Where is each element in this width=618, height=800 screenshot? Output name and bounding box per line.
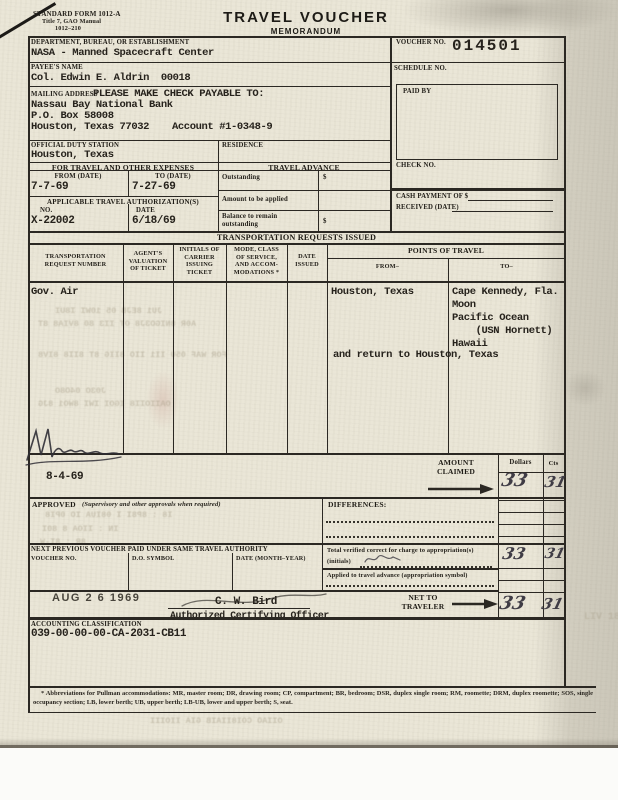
authorization-title: APPLICABLE TRAVEL AUTHORIZATION(S) bbox=[28, 198, 218, 206]
advance-applied-label: Amount to be applied bbox=[222, 196, 288, 204]
certification-date-stamp: AUG 2 6 1969 bbox=[52, 592, 140, 604]
paper-bottom-edge bbox=[0, 745, 618, 748]
payee-name-label: PAYEE'S NAME bbox=[31, 64, 83, 72]
rule bbox=[390, 36, 392, 231]
amount-claimed-label: AMOUNT CLAIMED bbox=[418, 458, 494, 476]
mailing-address-label: MAILING ADDRESS bbox=[31, 91, 98, 99]
pullman-abbreviations-footnote: * Abbreviations for Pullman accommodatio… bbox=[33, 690, 593, 708]
dotted-fill-line bbox=[326, 521, 494, 523]
col-mode-class-header: MODE, CLASS OF SERVICE, AND ACCOM- MODAT… bbox=[226, 246, 287, 276]
verifier-initials-signature bbox=[363, 552, 403, 566]
department-value: NASA - Manned Spacecraft Center bbox=[31, 47, 214, 60]
rule bbox=[390, 188, 565, 191]
net-to-traveler-arrow-icon bbox=[452, 598, 498, 610]
paid-by-label: PAID BY bbox=[403, 88, 431, 96]
to-date-label: TO (DATE) bbox=[128, 173, 218, 181]
col-agent-valuation-header: AGENT'S VALUATION OF TICKET bbox=[123, 250, 173, 273]
net-to-traveler-label: NET TO TRAVELER bbox=[390, 593, 456, 611]
payee-name-value: Col. Edwin E. Aldrin 00018 bbox=[31, 72, 190, 85]
rule bbox=[390, 62, 565, 63]
next-date-label: DATE (MONTH–YEAR) bbox=[236, 555, 306, 562]
rule bbox=[28, 243, 565, 245]
fill-in-line bbox=[468, 200, 553, 201]
schedule-number-label: SCHEDULE NO. bbox=[394, 65, 447, 73]
rule bbox=[28, 543, 565, 545]
differences-label: DIFFERENCES: bbox=[328, 500, 387, 509]
residence-label: RESIDENCE bbox=[222, 142, 263, 150]
points-to-header: TO– bbox=[448, 263, 565, 271]
bleedthrough-text: FOR WAF 05U II1 IIO 8IIG 8T 8II8 8IV8 bbox=[38, 350, 227, 360]
rule bbox=[28, 617, 565, 620]
advance-outstanding-label: Outstanding bbox=[222, 174, 260, 182]
mailing-address-line3: Houston, Texas 77032 bbox=[31, 121, 149, 134]
from-date-label: FROM (DATE) bbox=[28, 173, 128, 181]
edge-stamp-mark: LIV 18 bbox=[584, 612, 618, 623]
page-title: TRAVEL VOUCHER bbox=[200, 9, 412, 26]
voucher-number-value: 014501 bbox=[452, 37, 522, 56]
rule bbox=[128, 204, 129, 231]
dollars-column-header: Dollars bbox=[498, 459, 543, 467]
rule bbox=[218, 210, 390, 211]
payee-signature bbox=[24, 424, 126, 470]
scanned-travel-voucher: JU1 8EJB 05 10WI I8UI A0R 8NIGO3J8 OT II… bbox=[0, 0, 618, 800]
rule bbox=[28, 140, 390, 141]
next-do-symbol-label: D.O. SYMBOL bbox=[132, 555, 174, 562]
initials-label: (initials) bbox=[327, 558, 351, 566]
travel-advance-title: TRAVEL ADVANCE bbox=[218, 163, 390, 172]
rule bbox=[28, 686, 596, 688]
rule bbox=[128, 553, 129, 590]
rule bbox=[28, 712, 596, 713]
rule bbox=[218, 190, 390, 191]
rule bbox=[318, 170, 319, 231]
form-reference-2: 1012–210 bbox=[55, 25, 81, 32]
authorization-no-label: NO. bbox=[40, 207, 52, 215]
rule bbox=[498, 568, 565, 569]
points-of-travel-header: POINTS OF TRAVEL bbox=[327, 246, 565, 255]
applied-advance-text: Applied to travel advance (appropriation… bbox=[327, 572, 468, 580]
rule bbox=[218, 140, 219, 231]
from-date-value: 7-7-69 bbox=[31, 181, 68, 194]
rule bbox=[28, 62, 390, 63]
points-from-header: FROM– bbox=[327, 263, 448, 271]
authorization-date-value: 6/18/69 bbox=[132, 215, 175, 228]
dotted-fill-line bbox=[326, 585, 494, 587]
expenses-section-title: FOR TRAVEL AND OTHER EXPENSES bbox=[28, 163, 218, 172]
check-number-label: CHECK NO. bbox=[396, 162, 436, 170]
rule bbox=[287, 243, 288, 453]
authorization-no-value: X-22002 bbox=[31, 215, 74, 228]
rule bbox=[564, 36, 566, 686]
paper-bottom-shadow bbox=[0, 738, 618, 745]
duty-station-value: Houston, Texas bbox=[31, 149, 114, 162]
rule bbox=[322, 568, 499, 570]
rule bbox=[498, 500, 565, 501]
bleedthrough-text: JU1 8EJB 05 10WI I8UI bbox=[55, 306, 162, 316]
bleedthrough-text: IN : IIOA 8 80I bbox=[42, 524, 119, 534]
claim-typed-date: 8-4-69 bbox=[46, 471, 83, 484]
rule bbox=[498, 536, 565, 537]
rule bbox=[232, 553, 233, 590]
accounting-classification-value: 039-00-00-00-CA-2031-CB11 bbox=[31, 628, 186, 641]
rule bbox=[327, 258, 565, 259]
col-carrier-initials-header: INITIALS OF CARRIER ISSUING TICKET bbox=[173, 246, 226, 276]
received-date-label: RECEIVED (DATE) bbox=[396, 204, 459, 212]
rule bbox=[28, 36, 30, 712]
rule bbox=[498, 580, 565, 581]
amount-claimed-arrow-icon bbox=[428, 483, 494, 495]
rule bbox=[327, 243, 328, 453]
travel-from-value: Houston, Texas bbox=[331, 286, 414, 299]
signature-line bbox=[168, 608, 310, 609]
dollar-sign: $ bbox=[323, 174, 327, 182]
dotted-fill-line bbox=[326, 536, 494, 538]
cash-payment-label: CASH PAYMENT OF $ bbox=[396, 193, 468, 201]
request-number-value: Gov. Air bbox=[31, 286, 78, 299]
approved-label: APPROVED bbox=[32, 500, 76, 509]
authorization-date-label: DATE bbox=[136, 207, 155, 215]
col-request-number-header: TRANSPORTATION REQUEST NUMBER bbox=[28, 253, 123, 268]
verified-cents-value: 31 bbox=[543, 546, 566, 562]
claimed-dollars-value: 33 bbox=[499, 470, 529, 491]
rule bbox=[28, 196, 218, 197]
to-date-value: 7-27-69 bbox=[132, 181, 175, 194]
verified-dollars-value: 33 bbox=[501, 544, 528, 563]
dollar-sign: $ bbox=[323, 218, 327, 226]
bleedthrough-text: OAIIOII8 IGOI IWI 8WO1 8JG bbox=[38, 399, 171, 409]
department-label: DEPARTMENT, BUREAU, OR ESTABLISHMENT bbox=[31, 39, 189, 47]
fill-in-line bbox=[452, 211, 553, 212]
voucher-number-label: VOUCHER NO. bbox=[396, 39, 446, 47]
rule bbox=[123, 243, 124, 453]
rule bbox=[28, 497, 565, 499]
bleedthrough-text: J03O 04O8O bbox=[55, 386, 106, 396]
travel-return-note: and return to Houston, Texas bbox=[333, 349, 498, 362]
rule bbox=[28, 281, 565, 283]
cents-column-header: Cts bbox=[543, 460, 564, 468]
approved-note: (Supervisory and other approvals when re… bbox=[82, 501, 221, 509]
transport-section-title: TRANSPORTATION REQUESTS ISSUED bbox=[28, 233, 565, 243]
rule bbox=[498, 524, 565, 525]
travel-to-value: Cape Kennedy, Fla. Moon Pacific Ocean (U… bbox=[452, 286, 558, 351]
bleedthrough-text: OIIAO COI8IIAIB GIA IIOIII bbox=[150, 716, 283, 726]
next-voucher-no-label: VOUCHER NO. bbox=[31, 555, 77, 562]
net-dollars-value: 33 bbox=[497, 593, 527, 614]
rule bbox=[28, 86, 390, 87]
mailing-account-number: Account #1-0348-9 bbox=[172, 121, 272, 134]
page-subtitle: MEMORANDUM bbox=[200, 27, 412, 36]
bleedthrough-text: I8 : 8P8I I 08IUA IO 0PI8 bbox=[45, 510, 173, 520]
advance-balance-label: Balance to remain outstanding bbox=[222, 213, 277, 229]
certifier-title: Authorized Certifying Officer bbox=[170, 610, 329, 622]
col-date-issued-header: DATE ISSUED bbox=[287, 253, 327, 268]
rule bbox=[498, 512, 565, 513]
